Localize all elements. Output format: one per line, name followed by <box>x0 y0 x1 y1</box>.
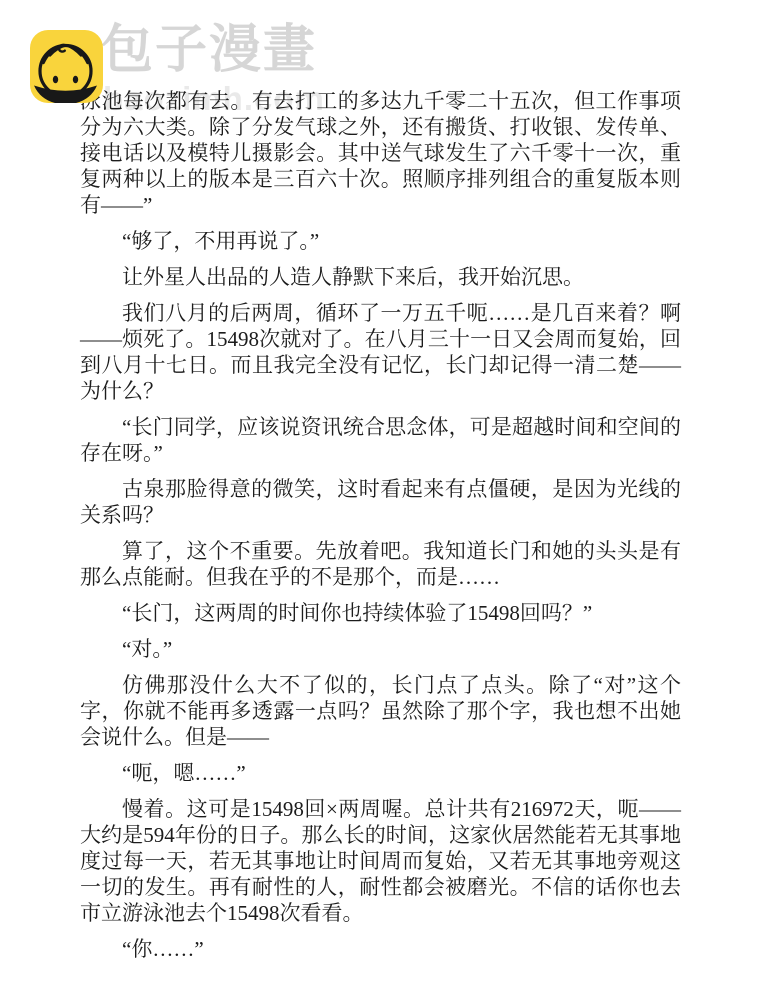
brand-watermark: 包子漫畫 <box>101 24 317 76</box>
paragraph: “长门，这两周的时间你也持续体验了15498回吗？” <box>80 600 681 626</box>
paragraph: 慢着。这可是15498回×两周喔。总计共有216972天，呃——大约是594年份… <box>80 796 681 926</box>
paragraph: “长门同学，应该说资讯统合思念体，可是超越时间和空间的存在呀。” <box>80 414 681 466</box>
baozi-logo <box>30 30 103 103</box>
paragraph: 我们八月的后两周，循环了一万五千呃……是几百来着？啊——烦死了。15498次就对… <box>80 300 681 404</box>
paragraph: “呃，嗯……” <box>80 760 681 786</box>
paragraph: 古泉那脸得意的微笑，这时看起来有点僵硬，是因为光线的关系吗？ <box>80 476 681 528</box>
paragraph: “你……” <box>80 936 681 962</box>
baozi-bun-icon <box>30 30 103 103</box>
novel-text: 泳池每次都有去。有去打工的多达九千零二十五次，但工作事项分为六大类。除了分发气球… <box>80 88 681 972</box>
paragraph: 算了，这个不重要。先放着吧。我知道长门和她的头头是有那么点能耐。但我在乎的不是那… <box>80 538 681 590</box>
paragraph: “够了，不用再说了。” <box>80 228 681 254</box>
paragraph: 让外星人出品的人造人静默下来后，我开始沉思。 <box>80 264 681 290</box>
paragraph: 泳池每次都有去。有去打工的多达九千零二十五次，但工作事项分为六大类。除了分发气球… <box>80 88 681 218</box>
paragraph: “对。” <box>80 636 681 662</box>
reader-page: 包子漫畫 baozimh.com 泳池每次都有去。有去打工的多达九千零二十五次，… <box>0 0 765 990</box>
paragraph: 仿佛那没什么大不了似的，长门点了点头。除了“对”这个字，你就不能再多透露一点吗？… <box>80 672 681 750</box>
